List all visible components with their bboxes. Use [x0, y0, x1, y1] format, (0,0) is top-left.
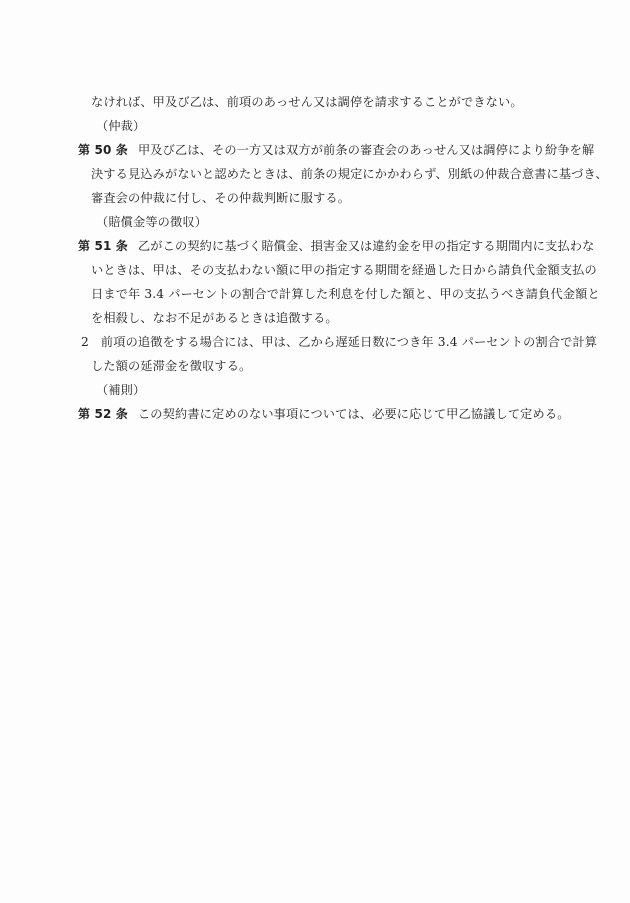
article-number: 第 51 条 — [78, 239, 128, 253]
line-text: 決する見込みがないと認めたときは、前条の規定にかかわらず、別紙の仲裁合意書に基づ… — [91, 167, 608, 181]
line-text: 乙がこの契約に基づく賠償金、損害金又は違約金を甲の指定する期間内に支払わな — [138, 239, 595, 253]
article-51-heading-line: 第 51 条乙がこの契約に基づく賠償金、損害金又は違約金を甲の指定する期間内に支… — [78, 238, 594, 254]
document-page: なければ、甲及び乙は、前項のあっせん又は調停を請求することができない。 （仲裁）… — [0, 0, 630, 903]
caption-text: （補則） — [96, 383, 145, 397]
body-line: 日まで年 3.4 パーセントの割合で計算した利息を付した額と、甲の支払うべき請負… — [91, 286, 600, 302]
caption-text: （賠償金等の徴収） — [96, 215, 207, 229]
line-text: 日まで年 3.4 パーセントの割合で計算した利息を付した額と、甲の支払うべき請負… — [91, 287, 600, 301]
line-text: した額の延滞金を徴収する。 — [91, 359, 251, 373]
line-text: を相殺し、なお不足があるときは追徴する。 — [91, 311, 338, 325]
section-caption-supplementary: （補則） — [96, 382, 145, 398]
paragraph-number: 2 — [81, 335, 89, 349]
line-text: 前項の追徴をする場合には、甲は、乙から遅延日数につき年 3.4 パーセントの割合… — [101, 335, 597, 349]
section-caption-damages-collection: （賠償金等の徴収） — [96, 214, 207, 230]
body-line: を相殺し、なお不足があるときは追徴する。 — [91, 310, 338, 326]
body-line: 決する見込みがないと認めたときは、前条の規定にかかわらず、別紙の仲裁合意書に基づ… — [91, 166, 608, 182]
line-text: いときは、甲は、その支払わない額に甲の指定する期間を経過した日から請負代金額支払… — [91, 263, 597, 277]
caption-text: （仲裁） — [96, 119, 145, 133]
article-number: 第 52 条 — [78, 407, 128, 421]
body-line: 審査会の仲裁に付し、その仲裁判断に服する。 — [91, 190, 350, 206]
section-caption-arbitration: （仲裁） — [96, 118, 145, 134]
article-52-heading-line: 第 52 条この契約書に定めのない事項については、必要に応じて甲乙協議して定める… — [78, 406, 570, 422]
article-number: 第 50 条 — [78, 143, 128, 157]
line-text: 甲及び乙は、その一方又は双方が前条の審査会のあっせん又は調停により紛争を解 — [138, 143, 594, 157]
body-line: した額の延滞金を徴収する。 — [91, 358, 251, 374]
body-line: いときは、甲は、その支払わない額に甲の指定する期間を経過した日から請負代金額支払… — [91, 262, 597, 278]
article-50-heading-line: 第 50 条甲及び乙は、その一方又は双方が前条の審査会のあっせん又は調停により紛… — [78, 142, 594, 158]
line-text: なければ、甲及び乙は、前項のあっせん又は調停を請求することができない。 — [91, 95, 523, 109]
paragraph-2-line: 2前項の追徴をする場合には、甲は、乙から遅延日数につき年 3.4 パーセントの割… — [81, 334, 597, 350]
line-text: 審査会の仲裁に付し、その仲裁判断に服する。 — [91, 191, 350, 205]
body-line: なければ、甲及び乙は、前項のあっせん又は調停を請求することができない。 — [91, 94, 523, 110]
line-text: この契約書に定めのない事項については、必要に応じて甲乙協議して定める。 — [138, 407, 570, 421]
